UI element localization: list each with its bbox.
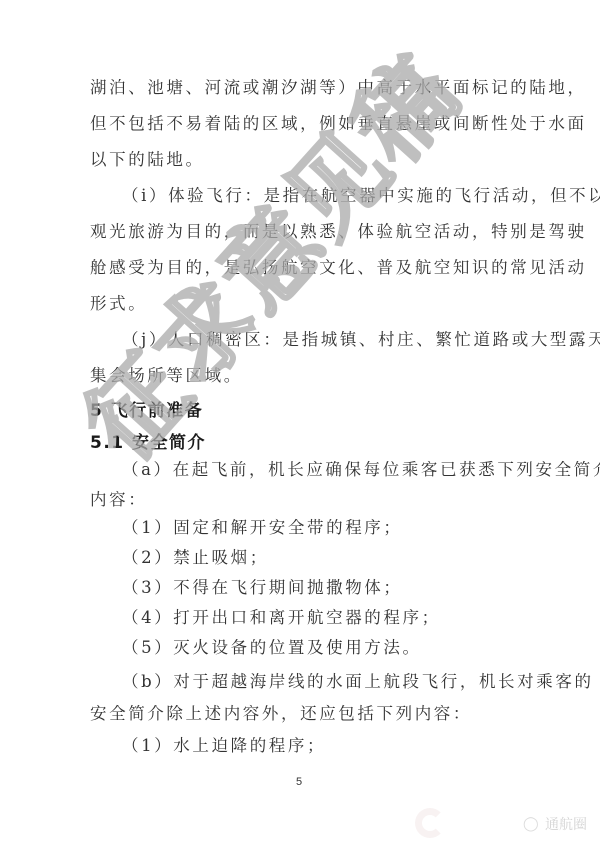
- definition-i: （i）体验飞行：是指在航空器中实施的飞行活动，但不以: [122, 186, 600, 206]
- list-item: （4）打开出口和离开航空器的程序；: [122, 608, 441, 628]
- document-page: 湖泊、池塘、河流或潮汐湖等）中高于水平面标记的陆地， 但不包括不易着陆的区域，例…: [0, 0, 600, 848]
- wechat-icon: ◯: [523, 816, 539, 832]
- item-a: （a）在起飞前，机长应确保每位乘客已获悉下列安全简介: [122, 460, 600, 480]
- list-item: （5）灭火设备的位置及使用方法。: [122, 638, 422, 658]
- body-line: 但不包括不易着陆的区域，例如垂直悬崖或间断性处于水面: [90, 114, 587, 134]
- body-line: 形式。: [90, 294, 147, 314]
- body-line: 舱感受为目的，是弘扬航空文化、普及航空知识的常见活动: [90, 258, 587, 278]
- list-item: （2）禁止吸烟；: [122, 548, 269, 568]
- subsection-heading: 5.1 安全简介: [90, 428, 206, 453]
- logo-text: 通航圈: [545, 814, 587, 834]
- definition-j: （j）人口稠密区：是指城镇、村庄、繁忙道路或大型露天: [122, 330, 600, 350]
- body-line: 以下的陆地。: [90, 150, 205, 170]
- section-heading: 5 飞行前准备: [90, 396, 203, 421]
- source-logo: ◯ 通航圈: [405, 806, 595, 842]
- body-line: 观光旅游为目的，而是以熟悉、体验航空活动，特别是驾驶: [90, 222, 587, 242]
- body-line: 湖泊、池塘、河流或潮汐湖等）中高于水平面标记的陆地，: [90, 78, 587, 98]
- logo-c-icon: [415, 808, 445, 838]
- item-b: （b）对于超越海岸线的水面上航段飞行，机长对乘客的: [122, 672, 594, 692]
- body-line: 内容：: [90, 490, 147, 510]
- list-item: （3）不得在飞行期间抛撒物体；: [122, 578, 403, 598]
- list-item: （1）水上迫降的程序；: [122, 736, 326, 756]
- body-line: 集会场所等区域。: [90, 366, 243, 386]
- body-line: 安全简介除上述内容外，还应包括下列内容：: [90, 704, 472, 724]
- list-item: （1）固定和解开安全带的程序；: [122, 518, 403, 538]
- page-number: 5: [296, 776, 302, 788]
